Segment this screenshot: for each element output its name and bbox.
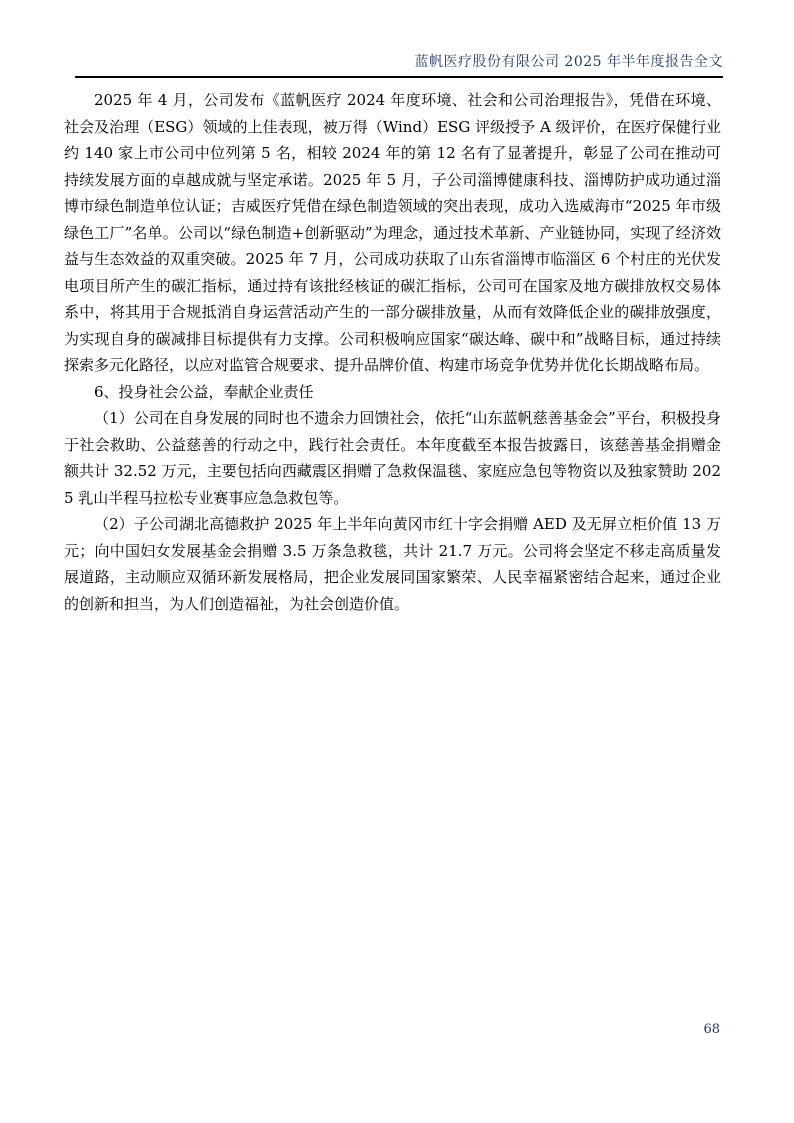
page-header: 蓝帆医疗股份有限公司 2025 年半年度报告全文 xyxy=(75,53,723,78)
paragraph-charity-foundation: （1）公司在自身发展的同时也不遗余力回馈社会，依托“山东蓝帆慈善基金会”平台，积… xyxy=(64,405,721,511)
paragraph-subsidiary-donation: （2）子公司湖北高德救护 2025 年上半年向黄冈市红十字会捐赠 AED 及无屏… xyxy=(64,511,721,617)
page-number: 68 xyxy=(703,1022,720,1037)
paragraph-esg-rating: 2025 年 4 月，公司发布《蓝帆医疗 2024 年度环境、社会和公司治理报告… xyxy=(64,87,721,379)
report-page: 蓝帆医疗股份有限公司 2025 年半年度报告全文 2025 年 4 月，公司发布… xyxy=(0,0,794,1123)
document-body: 2025 年 4 月，公司发布《蓝帆医疗 2024 年度环境、社会和公司治理报告… xyxy=(64,87,721,617)
heading-social-welfare: 6、投身社会公益，奉献企业责任 xyxy=(64,379,721,406)
report-header-title: 蓝帆医疗股份有限公司 2025 年半年度报告全文 xyxy=(414,54,723,70)
